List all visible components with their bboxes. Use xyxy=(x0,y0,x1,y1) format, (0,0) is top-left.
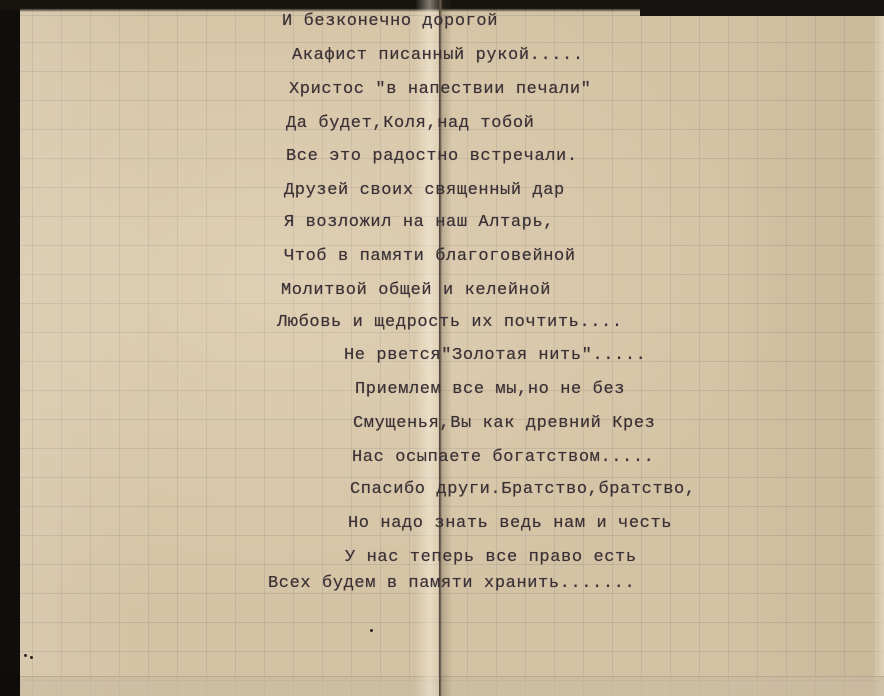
poem-line: Всех будем в памяти хранить....... xyxy=(268,574,635,594)
ink-speck xyxy=(24,654,27,657)
poem-line: Акафист писанный рукой..... xyxy=(292,46,584,66)
poem-line: Но надо знать ведь нам и честь xyxy=(348,514,672,534)
ink-speck xyxy=(30,656,33,659)
poem-line: Смущенья,Вы как древний Крез xyxy=(353,414,655,434)
poem-text: И безконечно дорогой Акафист писанный ру… xyxy=(0,0,884,696)
poem-line: Нас осыпаете богатством..... xyxy=(352,448,654,468)
poem-line: Да будет,Коля,над тобой xyxy=(286,114,534,134)
poem-line: Спасибо други.Братство,братство, xyxy=(350,480,696,500)
scanned-page: И безконечно дорогой Акафист писанный ру… xyxy=(0,0,884,696)
poem-line: У нас теперь все право есть xyxy=(345,548,637,568)
poem-line: Любовь и щедрость их почтить.... xyxy=(277,313,623,333)
poem-line: Молитвой общей и келейной xyxy=(281,281,551,301)
poem-line: И безконечно дорогой xyxy=(282,12,498,32)
poem-line: Не рвется"Золотая нить"..... xyxy=(344,346,646,366)
poem-line: Все это радостно встречали. xyxy=(286,147,578,167)
poem-line: Я возложил на наш Алтарь, xyxy=(284,213,554,233)
poem-line: Чтоб в памяти благоговейной xyxy=(284,247,576,267)
poem-line: Христос "в напествии печали" xyxy=(289,80,591,100)
poem-line: Друзей своих священный дар xyxy=(284,181,565,201)
poem-line: Приемлем все мы,но не без xyxy=(355,380,625,400)
ink-speck xyxy=(370,629,373,632)
